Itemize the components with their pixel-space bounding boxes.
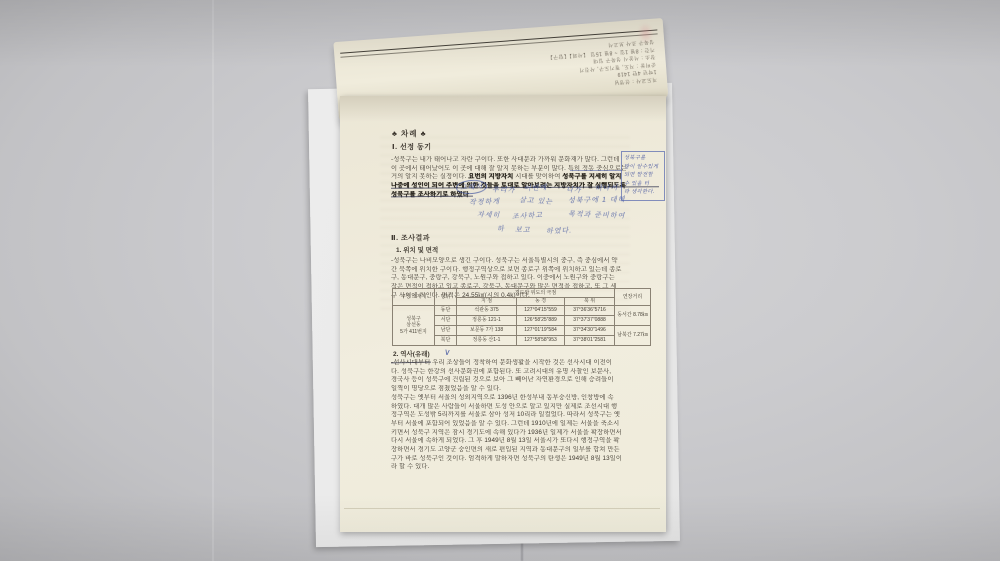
handwriting-word: 우리가 bbox=[492, 185, 516, 196]
history-line: 다시 서울에 속하게 되었다. 그 후 1949년 8월 13일 서울시가 또다… bbox=[391, 437, 661, 446]
table-cell-point: 정릉동 121-1 bbox=[457, 316, 517, 326]
table-cell-longitude: 126°58′25″889 bbox=[517, 316, 565, 326]
table-cell-latitude: 37°36′36″5716 bbox=[565, 306, 615, 316]
table-cell-latitude: 37°37′37″0888 bbox=[565, 316, 615, 326]
margin-note-line: 수 있을 터 bbox=[624, 180, 662, 189]
location-line: 구, 동대문구, 중랑구, 강북구, 노원구와 접하고 있다. 이중에서 노원구… bbox=[391, 274, 661, 283]
table-cell-longitude: 127°01′19″584 bbox=[517, 326, 565, 336]
margin-note-line: 많이 알수있게 bbox=[624, 163, 662, 172]
table-row: 성북구 삼선동 5가 411번지 동단 석관동 375 127°04′15″55… bbox=[393, 306, 651, 316]
table-header-point: 지 점 bbox=[457, 298, 517, 306]
handwriting-connector-line bbox=[570, 170, 622, 171]
handwriting-word: 이번에 bbox=[524, 182, 548, 193]
handwriting-word: 살고 있는 bbox=[519, 195, 553, 207]
table-header-distance: 연장거리 bbox=[615, 289, 651, 306]
handwriting-word: 하 bbox=[497, 224, 505, 235]
intro-line-seg: 거의 알지 못하는 실정이다. bbox=[391, 173, 468, 180]
table-header-extreme: 경도와 위도의 극점 bbox=[457, 289, 615, 298]
table-cell-latitude: 37°34′30″1496 bbox=[565, 326, 615, 336]
table-cell-distance-ns: 남북간 7.27㎞ bbox=[615, 326, 651, 346]
history-line: 부터 서울에 포함되어 있었음을 알 수 있다. 그런데 1910년에 일제는 … bbox=[391, 420, 661, 429]
margin-note-line: 성북구를 bbox=[624, 154, 662, 163]
table-cell-bearing: 남단 bbox=[435, 326, 457, 336]
history-line: 다. 성북구는 한강의 선사문화권에 포함된다. 또 고려시대의 유명 사찰인 … bbox=[391, 368, 661, 377]
history-line: -선사시대부터 우리 조상들이 정착하여 문화생활을 시작한 것은 선사시대 이… bbox=[391, 359, 661, 368]
history-line: 성북구는 옛부터 서울의 성외지역으로 1396년 한성부내 동부숭신방, 인창… bbox=[391, 394, 661, 403]
history-line: 정구역은 도성밖 5리까지를 서울로 삼아 성저 10리라 일컬었다. 따라서 … bbox=[391, 411, 661, 420]
intro-line-seg: 시대를 맞이하여 bbox=[513, 173, 562, 180]
table-cell-distance-ew: 동서간 8.78㎞ bbox=[615, 306, 651, 326]
table-header-latitude: 북 위 bbox=[565, 298, 615, 306]
section-2-heading: Ⅱ. 조사결과 bbox=[391, 233, 430, 243]
handwriting-word: 떠나서 bbox=[595, 183, 619, 194]
table-cell-bearing: 북단 bbox=[435, 336, 457, 346]
table-header-bearing: 방위 bbox=[435, 289, 457, 306]
table-header-longitude: 동 경 bbox=[517, 298, 565, 306]
table-cell-point: 정릉동 산1-1 bbox=[457, 336, 517, 346]
table-cell-bearing: 동단 bbox=[435, 306, 457, 316]
table-cell-point: 보문동 7가 138 bbox=[457, 326, 517, 336]
history-line: 일찍이 명당으로 점쳤었음을 알 수 있다. bbox=[391, 385, 661, 394]
table-cell-bearing: 서단 bbox=[435, 316, 457, 326]
subsection-history-heading: 2. 역사(유래) bbox=[393, 349, 430, 358]
history-line: 장하면서 경기도 고양군 숭인면의 새로 편입된 지역과 동대문구의 일부를 합… bbox=[391, 446, 661, 455]
handwriting-word: 조사하고 bbox=[512, 210, 544, 222]
margin-note-line: 되면 발전할 bbox=[624, 171, 662, 180]
handwriting-word: 니가 bbox=[566, 185, 582, 196]
handwriting-word: 작정하게 bbox=[469, 196, 500, 207]
handwriting-margin-note: 성북구를 많이 알수있게 되면 발전할 수 있을 터 라 생각한다. bbox=[621, 151, 665, 201]
margin-note-line: 라 생각한다. bbox=[624, 188, 662, 197]
office-line: 삼선동 bbox=[406, 322, 421, 328]
table-cell-office: 성북구 삼선동 5가 411번지 bbox=[393, 306, 435, 346]
report-page: ♣ 차례 ♣ Ⅰ. 선정 동기 -성북구는 내가 태어나고 자란 구이다. 또한… bbox=[340, 96, 666, 532]
location-line: 간 북쪽에 위치한 구이다. 행정구역상으로 보면 종로구 위쪽에 위치하고 있… bbox=[391, 266, 661, 275]
history-line: 경국사 등이 성북구에 건립된 것으로 보아 그 빼어난 자연환경으로 인해 승… bbox=[391, 376, 661, 385]
history-line: 구가 바로 성북구인 것이다. 엄격하게 말하자면 성북구의 탄생은 1949년… bbox=[391, 455, 661, 464]
section-1-heading: Ⅰ. 선정 동기 bbox=[392, 142, 432, 152]
location-line: -성북구는 나비모양으로 생긴 구이다. 성북구는 서울특별시의 중구, 즉 중… bbox=[391, 257, 661, 266]
subsection-location-heading: 1. 위치 및 면적 bbox=[396, 245, 438, 254]
handwriting-word: 하였다. bbox=[546, 226, 573, 237]
flipped-page-upside-down-text: 지도교사 : 선생님 1학년 4반 1419 준비물 : 지도, 필기도구, 사… bbox=[343, 37, 657, 105]
table-cell-point: 석관동 375 bbox=[457, 306, 517, 316]
table-cell-latitude: 37°38′01″2581 bbox=[565, 336, 615, 346]
history-paragraph: -선사시대부터 우리 조상들이 정착하여 문화생활을 시작한 것은 선사시대 이… bbox=[391, 359, 661, 472]
history-line: 하였다. 대개 많은 사람들이 서울하면 도성 안으로 알고 있지만 실제로 조… bbox=[391, 403, 661, 412]
handwriting-word: 목적과 준비하여 bbox=[568, 209, 626, 221]
history-line: 라 할 수 있다. bbox=[391, 463, 661, 472]
table-cell-longitude: 127°04′15″559 bbox=[517, 306, 565, 316]
handwriting-word: 보고 bbox=[515, 225, 531, 236]
office-line: 성북구 bbox=[406, 316, 421, 322]
handwriting-word: 자세히 bbox=[477, 210, 501, 221]
handwriting-word: 성북구에 1 대해 bbox=[568, 195, 626, 206]
toc-title: ♣ 차례 ♣ bbox=[392, 128, 427, 139]
history-line: 키면서 성북구 지역은 잠시 경기도에 속해 있다가 1936년 일제가 서울을… bbox=[391, 429, 661, 438]
table-header-office: 구청 소재지 bbox=[393, 289, 435, 306]
page-crease-line bbox=[344, 508, 660, 509]
office-line: 5가 411번지 bbox=[400, 329, 427, 335]
desk-seam-left bbox=[212, 0, 214, 561]
table-cell-longitude: 127°58′58″953 bbox=[517, 336, 565, 346]
intro-line-seg-bold: 성북구를 지세히 알지 bbox=[562, 173, 621, 180]
coordinates-table: 구청 소재지 방위 경도와 위도의 극점 연장거리 지 점 동 경 북 위 성북… bbox=[392, 288, 651, 346]
desk-background: 지도교사 : 선생님 1학년 4반 1419 준비물 : 지도, 필기도구, 사… bbox=[0, 0, 1000, 561]
handwriting-check-mark: ∨ bbox=[443, 347, 451, 359]
